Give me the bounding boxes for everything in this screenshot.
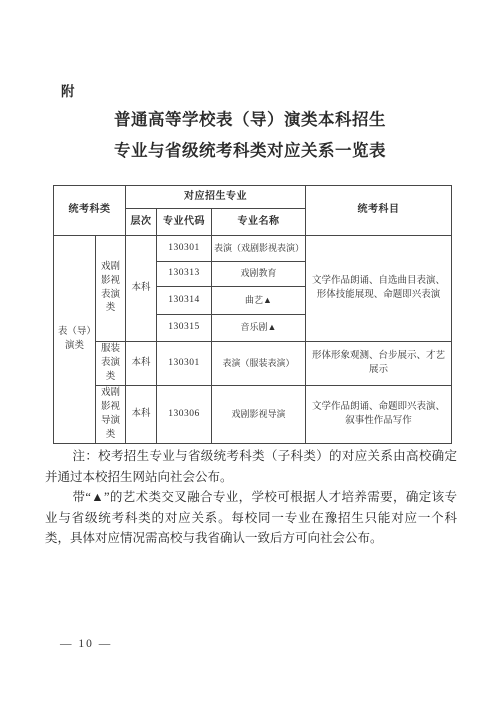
document-page: 附 普通高等学校表（导）演类本科招生 专业与省级统考科类对应关系一览表 统考科类… — [0, 0, 500, 707]
table-row: 服装表演类 本科 130301 表演（服装表演） 形体形象观测、台步展示、才艺展… — [54, 342, 452, 386]
header-level: 层次 — [126, 209, 157, 236]
exam-mapping-table-wrap: 统考科类 对应招生专业 统考科目 层次 专业代码 专业名称 表（导）演类 戏剧影… — [53, 185, 452, 444]
header-exam-subjects: 统考科目 — [306, 186, 452, 236]
cell-major-name: 表演（服装表演） — [212, 342, 306, 386]
table-row: 表（导）演类 戏剧影视表演类 本科 130301 表演（戏剧影视表演） 文学作品… — [54, 236, 452, 262]
cell-subcategory-drama-performance: 戏剧影视表演类 — [96, 236, 126, 342]
cell-major-code: 130306 — [157, 386, 212, 444]
cell-major-name: 戏剧教育 — [212, 262, 306, 287]
cell-subcategory-drama-directing: 戏剧影视导演类 — [96, 386, 126, 444]
cell-level: 本科 — [126, 342, 157, 386]
cell-major-name: 音乐剧▲ — [212, 315, 306, 342]
attachment-label: 附 — [61, 80, 76, 100]
note-paragraph-2: 带“▲”的艺术类交叉融合专业，学校可根据人才培养需要，确定该专业与省级统考科类的… — [45, 487, 457, 549]
page-number: — 10 — — [60, 638, 112, 650]
cell-level: 本科 — [126, 236, 157, 342]
header-row-1: 统考科类 对应招生专业 统考科目 — [54, 186, 452, 209]
cell-level: 本科 — [126, 386, 157, 444]
notes-block: 注：校考招生专业与省级统考科类（子科类）的对应关系由高校确定并通过本校招生网站向… — [45, 446, 457, 549]
header-major-code: 专业代码 — [157, 209, 212, 236]
note-paragraph-1: 注：校考招生专业与省级统考科类（子科类）的对应关系由高校确定并通过本校招生网站向… — [45, 446, 457, 487]
cell-major-name: 戏剧影视导演 — [212, 386, 306, 444]
cell-major-code: 130301 — [157, 236, 212, 262]
header-category: 统考科类 — [54, 186, 126, 236]
cell-major-code: 130301 — [157, 342, 212, 386]
page-title: 普通高等学校表（导）演类本科招生 专业与省级统考科类对应关系一览表 — [0, 104, 500, 166]
cell-major-name: 曲艺▲ — [212, 287, 306, 315]
page-title-line1: 普通高等学校表（导）演类本科招生 — [0, 104, 500, 135]
page-title-line2: 专业与省级统考科类对应关系一览表 — [0, 135, 500, 166]
table-row: 戏剧影视导演类 本科 130306 戏剧影视导演 文学作品朗诵、命题即兴表演、叙… — [54, 386, 452, 444]
cell-subcategory-fashion-performance: 服装表演类 — [96, 342, 126, 386]
exam-mapping-table: 统考科类 对应招生专业 统考科目 层次 专业代码 专业名称 表（导）演类 戏剧影… — [53, 185, 452, 444]
cell-major-code: 130314 — [157, 287, 212, 315]
header-admission-majors: 对应招生专业 — [126, 186, 306, 209]
header-major-name: 专业名称 — [212, 209, 306, 236]
cell-exam-subjects: 形体形象观测、台步展示、才艺展示 — [306, 342, 452, 386]
cell-category: 表（导）演类 — [54, 236, 96, 444]
cell-major-code: 130315 — [157, 315, 212, 342]
cell-exam-subjects: 文学作品朗诵、自选曲目表演、形体技能展现、命题即兴表演 — [306, 236, 452, 342]
cell-exam-subjects: 文学作品朗诵、命题即兴表演、叙事性作品写作 — [306, 386, 452, 444]
cell-major-name: 表演（戏剧影视表演） — [212, 236, 306, 262]
cell-major-code: 130313 — [157, 262, 212, 287]
